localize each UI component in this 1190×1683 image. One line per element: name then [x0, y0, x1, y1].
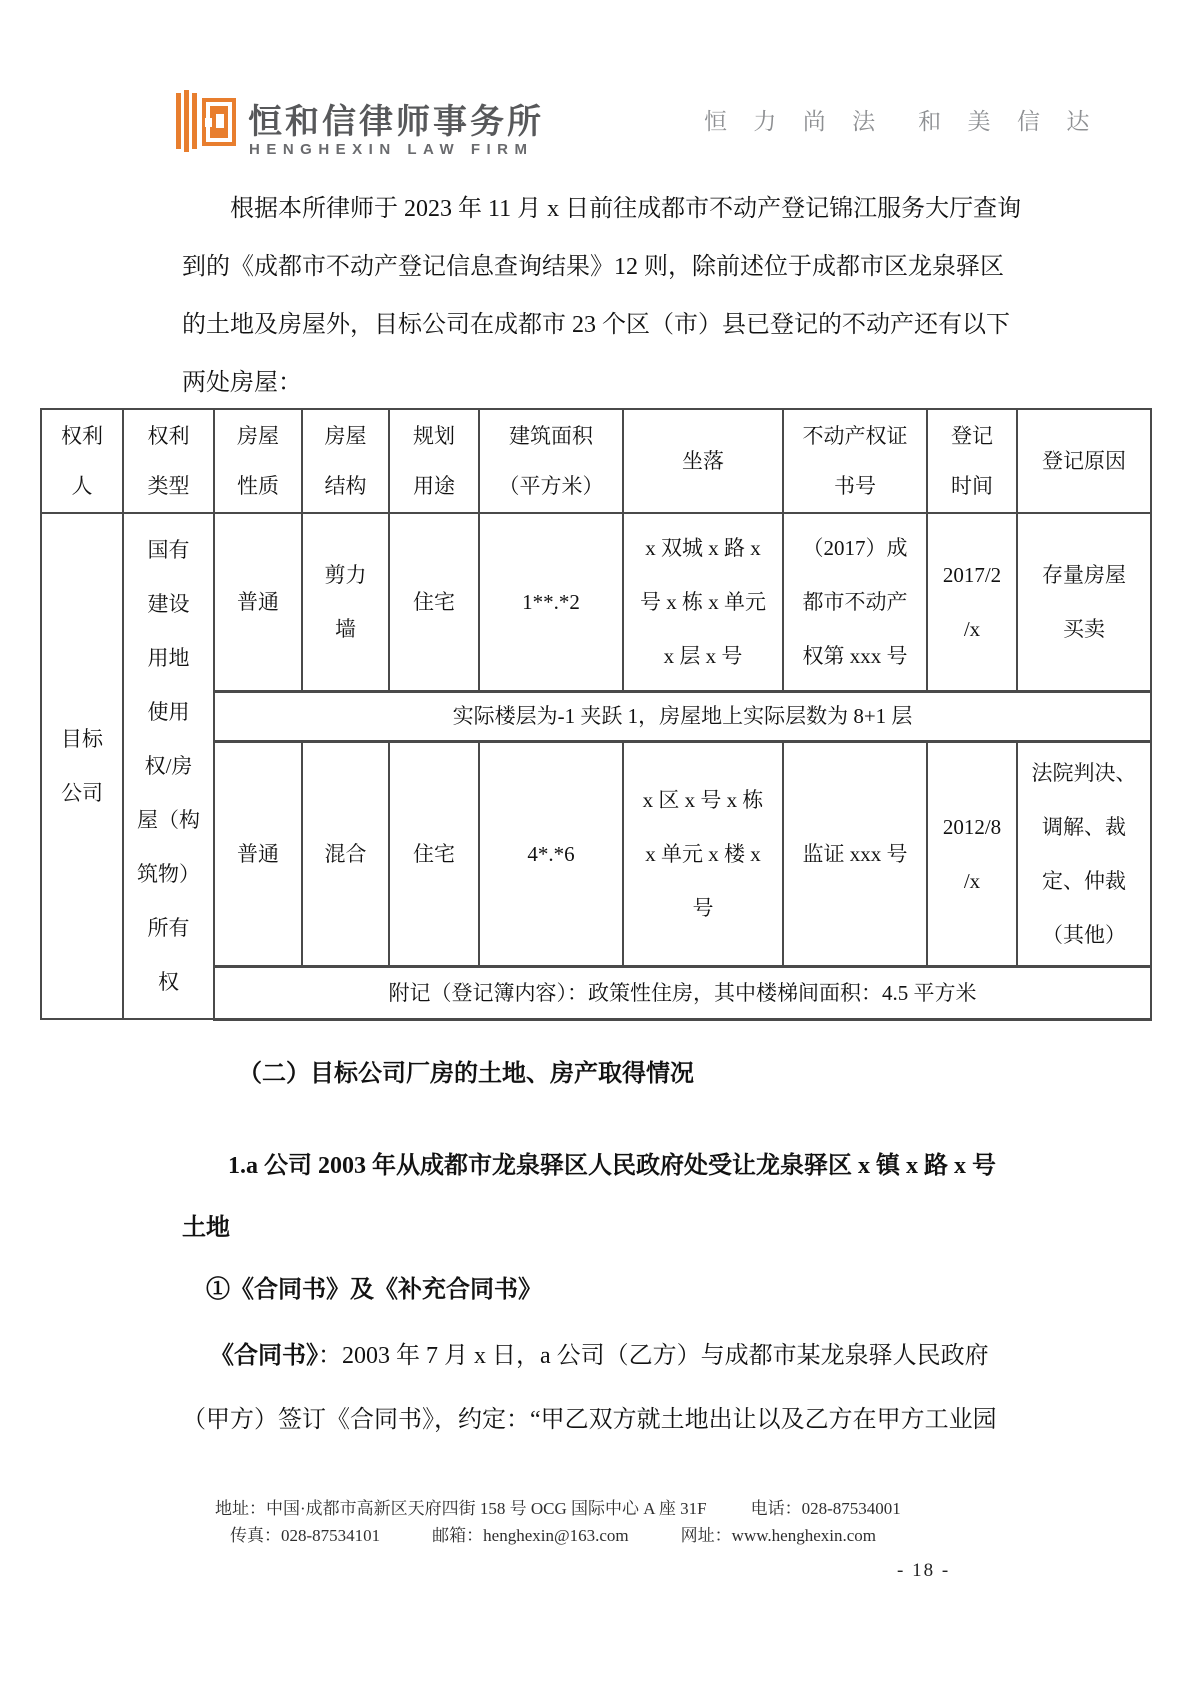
- col-header-house-structure: 房屋结构: [302, 409, 389, 513]
- cell-r1-date: 2017/2/x: [927, 513, 1017, 691]
- footer-line-2: 传真：028-87534101 邮箱：henghexin@163.com 网址：…: [230, 1521, 876, 1546]
- property-registry-table: 权利人 权利类型 房屋性质 房屋结构 规划用途 建筑面积（平方米） 坐落 不动产…: [40, 408, 1152, 1021]
- contract-paragraph-line1: 《合同书》：2003 年 7 月 x 日，a 公司（乙方）与成都市某龙泉驿人民政…: [210, 1327, 989, 1385]
- contract-paragraph-line2: （甲方）签订《合同书》，约定：“甲乙双方就土地出让以及乙方在甲方工业园: [182, 1391, 997, 1449]
- page-number: - 18 -: [897, 1560, 950, 1582]
- law-firm-name-en: HENGHEXIN LAW FIRM: [249, 141, 534, 158]
- section-heading-2: （二）目标公司厂房的土地、房产取得情况: [238, 1045, 694, 1103]
- footer-email: 邮箱：henghexin@163.com: [432, 1521, 629, 1546]
- col-header-location: 坐落: [623, 409, 783, 513]
- cell-r2-area: 4*.*6: [479, 741, 623, 966]
- col-header-cert-number: 不动产权证书号: [783, 409, 927, 513]
- col-header-reg-date: 登记时间: [927, 409, 1017, 513]
- footer-line-1: 地址：中国·成都市高新区天府四街 158 号 OCG 国际中心 A 座 31F …: [215, 1494, 901, 1519]
- col-header-floor-area: 建筑面积（平方米）: [479, 409, 623, 513]
- firm-slogan: 恒 力 尚 法 和 美 信 达: [704, 103, 1099, 136]
- footer-website: 网址：www.henghexin.com: [681, 1521, 876, 1546]
- cell-r1-nature: 普通: [214, 513, 302, 691]
- cell-r2-date: 2012/8/x: [927, 741, 1017, 966]
- cell-floor-note: 实际楼层为-1 夹跃 1，房屋地上实际层数为 8+1 层: [214, 691, 1151, 741]
- cell-r1-location: x 双城 x 路 x号 x 栋 x 单元 x 层 x 号: [623, 513, 783, 691]
- cell-r1-cert: （2017）成都市不动产 权第 xxx 号: [783, 513, 927, 691]
- table-row-1: 目标公司 国有建设 用地使用 权/房屋（构 筑物）所有 权 普通 剪力墙 住宅 …: [41, 513, 1151, 691]
- cell-right-holder: 目标公司: [41, 513, 123, 1019]
- cell-r2-location: x 区 x 号 x 栋x 单元 x 楼 x 号: [623, 741, 783, 966]
- law-firm-logo-icon: [176, 90, 236, 152]
- intro-paragraph: 根据本所律师于 2023 年 11 月 x 日前往成都市不动产登记锦江服务大厅查…: [182, 180, 1032, 412]
- col-header-planned-use: 规划用途: [389, 409, 479, 513]
- footer-address: 地址：中国·成都市高新区天府四街 158 号 OCG 国际中心 A 座 31F: [215, 1494, 707, 1519]
- intro-line: 到的《成都市不动产登记信息查询结果》12 则，除前述位于成都市区龙泉驿区: [182, 238, 1032, 296]
- intro-line: 的土地及房屋外，目标公司在成都市 23 个区（市）县已登记的不动产还有以下: [182, 296, 1032, 354]
- col-header-right-type: 权利类型: [123, 409, 214, 513]
- law-firm-name-cn: 恒和信律师事务所: [248, 94, 544, 143]
- cell-r2-nature: 普通: [214, 741, 302, 966]
- cell-r2-cert: 监证 xxx 号: [783, 741, 927, 966]
- col-header-house-nature: 房屋性质: [214, 409, 302, 513]
- col-header-reg-reason: 登记原因: [1017, 409, 1151, 513]
- item-circle1-heading: ①《合同书》及《补充合同书》: [206, 1261, 542, 1319]
- col-header-right-holder: 权利人: [41, 409, 123, 513]
- subsection-1-line2: 土地: [182, 1199, 230, 1257]
- intro-line: 根据本所律师于 2023 年 11 月 x 日前往成都市不动产登记锦江服务大厅查…: [182, 180, 1032, 238]
- contract-text: ：2003 年 7 月 x 日，a 公司（乙方）与成都市某龙泉驿人民政府: [318, 1343, 989, 1369]
- document-page: 恒和信律师事务所 HENGHEXIN LAW FIRM 恒 力 尚 法 和 美 …: [0, 0, 1190, 1683]
- table-header-row: 权利人 权利类型 房屋性质 房屋结构 规划用途 建筑面积（平方米） 坐落 不动产…: [41, 409, 1151, 513]
- cell-r1-use: 住宅: [389, 513, 479, 691]
- footer-phone: 电话：028-87534001: [751, 1494, 901, 1519]
- cell-appendix-note: 附记（登记簿内容）：政策性住房，其中楼梯间面积：4.5 平方米: [214, 966, 1151, 1019]
- subsection-1-line1: 1.a 公司 2003 年从成都市龙泉驿区人民政府处受让龙泉驿区 x 镇 x 路…: [228, 1137, 996, 1195]
- intro-line: 两处房屋：: [182, 354, 1032, 412]
- cell-r1-reason: 存量房屋买卖: [1017, 513, 1151, 691]
- cell-r2-structure: 混合: [302, 741, 389, 966]
- cell-r1-area: 1**.*2: [479, 513, 623, 691]
- cell-r2-reason: 法院判决、调解、裁 定、仲裁（其他）: [1017, 741, 1151, 966]
- footer-fax: 传真：028-87534101: [230, 1521, 380, 1546]
- cell-right-type: 国有建设 用地使用 权/房屋（构 筑物）所有 权: [123, 513, 214, 1019]
- cell-r1-structure: 剪力墙: [302, 513, 389, 691]
- cell-r2-use: 住宅: [389, 741, 479, 966]
- contract-title: 《合同书》: [210, 1343, 318, 1369]
